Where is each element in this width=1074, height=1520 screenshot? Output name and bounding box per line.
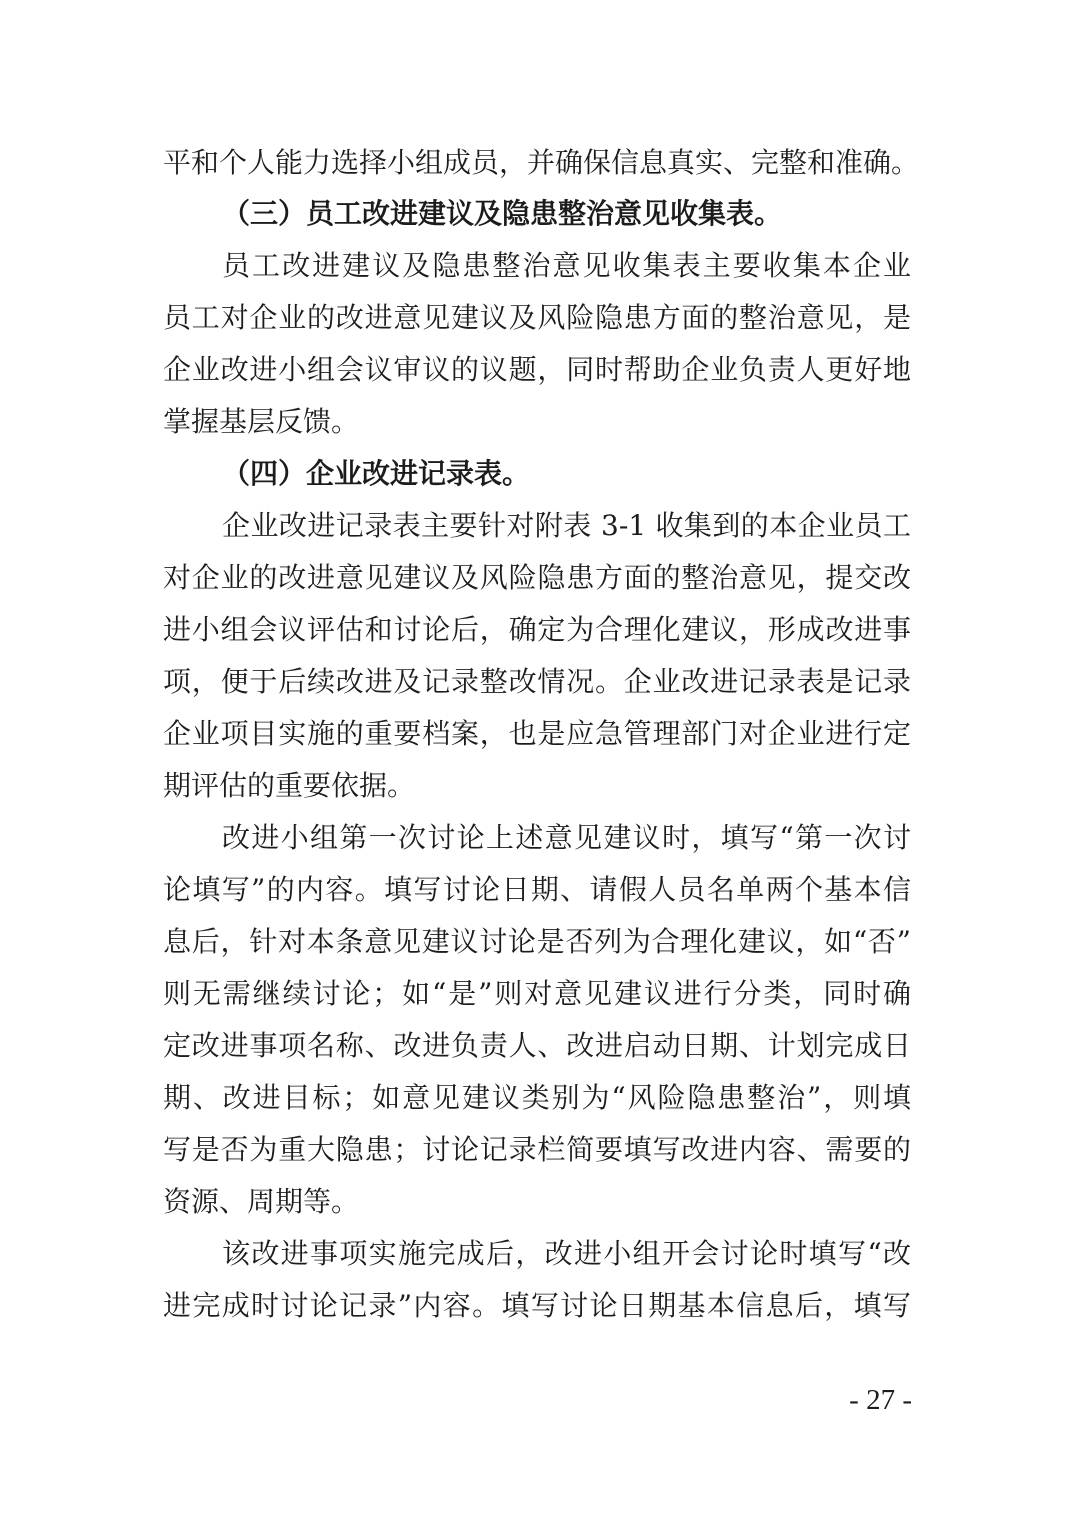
text-line: 企业改进小组会议审议的议题，同时帮助企业负责人更好地 <box>163 350 911 390</box>
text-line: 该改进事项实施完成后，改进小组开会讨论时填写“改 <box>222 1234 911 1274</box>
text-line: 平和个人能力选择小组成员，并确保信息真实、完整和准确。 <box>163 143 911 183</box>
text-line: 掌握基层反馈。 <box>163 402 911 442</box>
text-line: 写是否为重大隐患；讨论记录栏简要填写改进内容、需要的 <box>163 1130 911 1170</box>
document-page: 平和个人能力选择小组成员，并确保信息真实、完整和准确。 （三）员工改进建议及隐患… <box>0 0 1074 1520</box>
text-line: 企业项目实施的重要档案，也是应急管理部门对企业进行定 <box>163 714 911 754</box>
text-line: 期、改进目标；如意见建议类别为“风险隐患整治”，则填 <box>163 1078 911 1118</box>
text-line: 进完成时讨论记录”内容。填写讨论日期基本信息后，填写 <box>163 1286 911 1326</box>
text-line: 进小组会议评估和讨论后，确定为合理化建议，形成改进事 <box>163 610 911 650</box>
text-line: 改进小组第一次讨论上述意见建议时，填写“第一次讨 <box>222 818 911 858</box>
text-line: 员工改进建议及隐患整治意见收集表主要收集本企业 <box>222 246 911 286</box>
text-line: 员工对企业的改进意见建议及风险隐患方面的整治意见，是 <box>163 298 911 338</box>
section-heading-3: （三）员工改进建议及隐患整治意见收集表。 <box>222 194 782 234</box>
text-line: 息后，针对本条意见建议讨论是否列为合理化建议，如“否” <box>163 922 911 962</box>
text-line: 对企业的改进意见建议及风险隐患方面的整治意见，提交改 <box>163 558 911 598</box>
text-line: 则无需继续讨论；如“是”则对意见建议进行分类，同时确 <box>163 974 911 1014</box>
section-heading-4: （四）企业改进记录表。 <box>222 454 530 494</box>
text-line: 期评估的重要依据。 <box>163 766 911 806</box>
page-number: - 27 - <box>840 1380 912 1420</box>
text-line: 项，便于后续改进及记录整改情况。企业改进记录表是记录 <box>163 662 911 702</box>
text-line: 资源、周期等。 <box>163 1182 911 1222</box>
text-line: 企业改进记录表主要针对附表 3-1 收集到的本企业员工 <box>222 506 911 546</box>
text-line: 论填写”的内容。填写讨论日期、请假人员名单两个基本信 <box>163 870 911 910</box>
text-line: 定改进事项名称、改进负责人、改进启动日期、计划完成日 <box>163 1026 911 1066</box>
